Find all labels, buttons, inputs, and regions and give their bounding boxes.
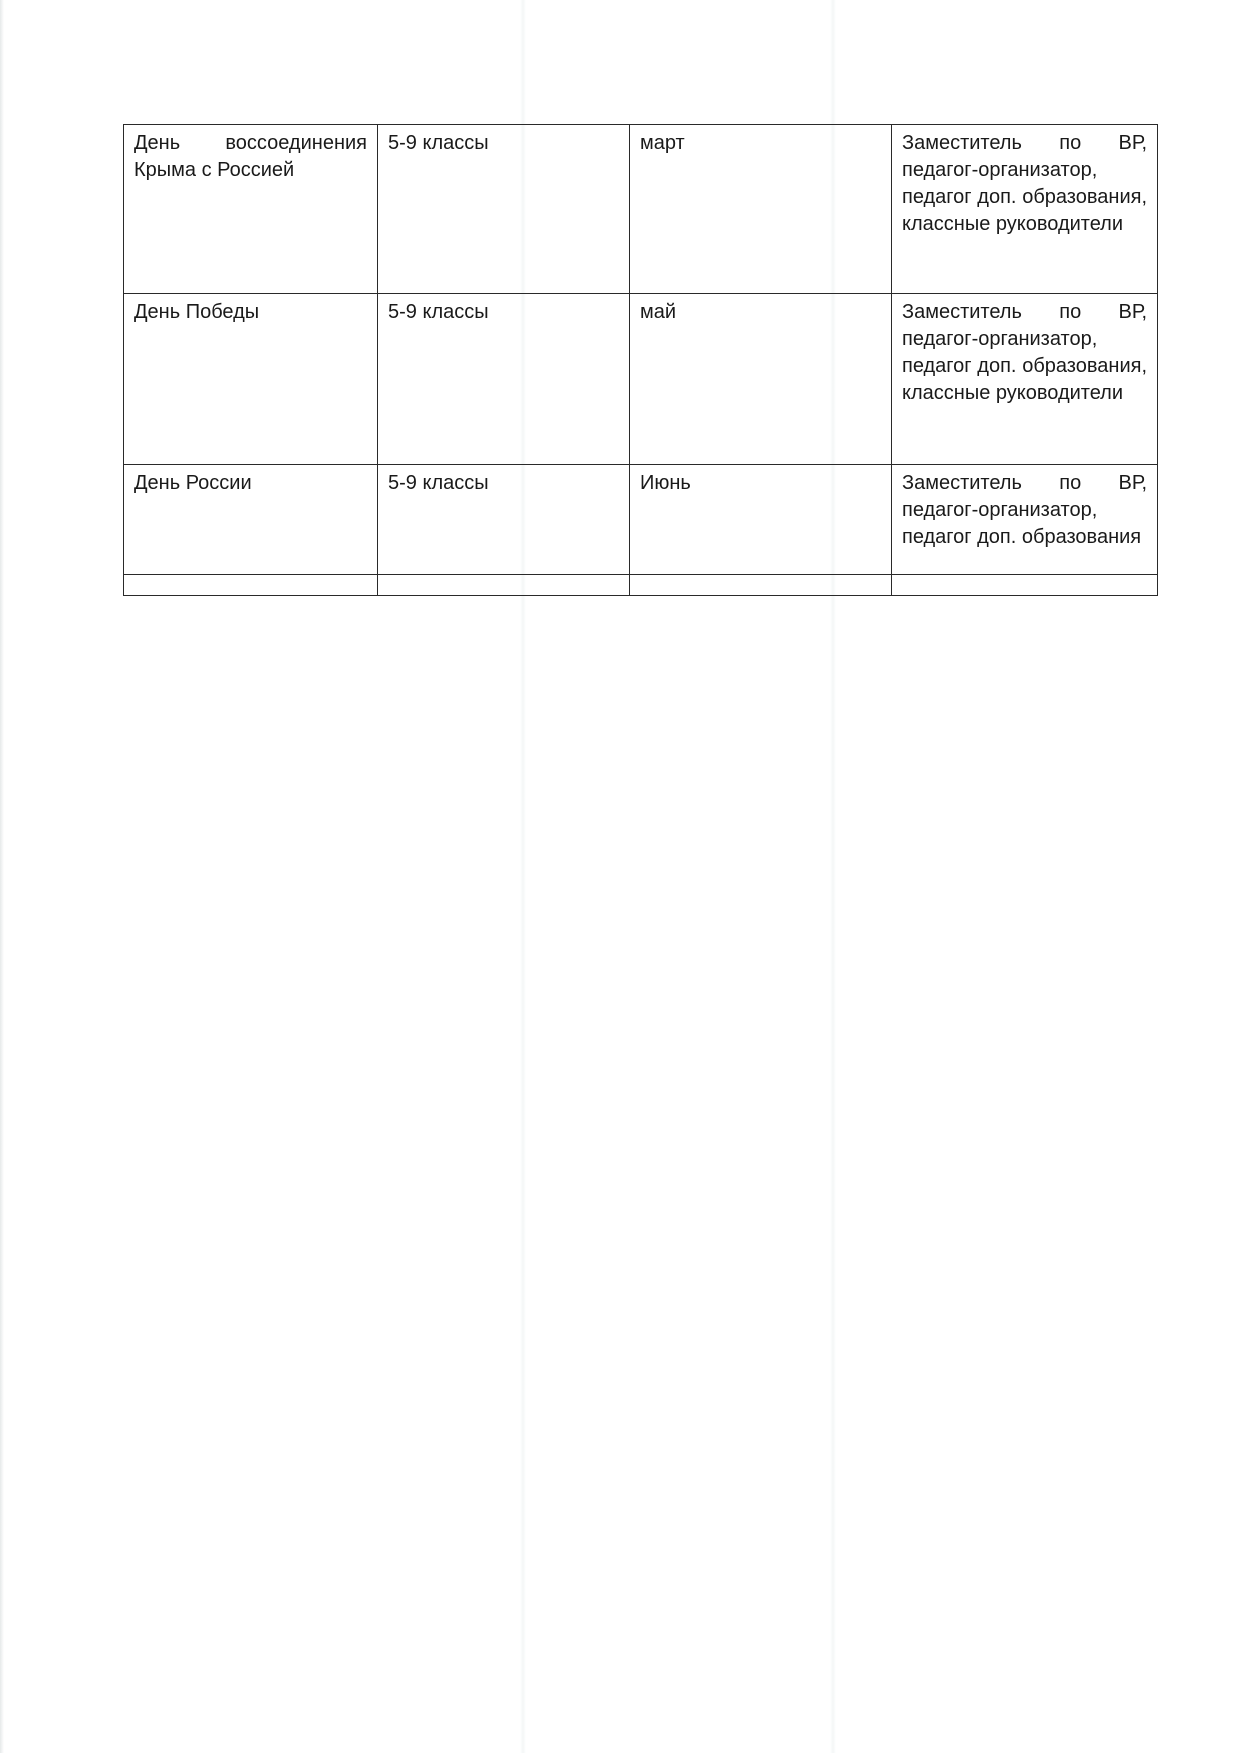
participants-cell: 5-9 классы bbox=[378, 125, 630, 294]
page-edge bbox=[0, 0, 4, 1753]
responsible-cell: Заместитель по ВР, педагог-организатор, … bbox=[892, 465, 1158, 575]
event-cell: День воссоединения Крыма с Россией bbox=[124, 125, 378, 294]
events-table: День воссоединения Крыма с Россией 5-9 к… bbox=[123, 124, 1158, 596]
participants-cell bbox=[378, 575, 630, 596]
table-row: День воссоединения Крыма с Россией 5-9 к… bbox=[124, 125, 1158, 294]
table-row: День Победы 5-9 классы май Заместитель п… bbox=[124, 294, 1158, 465]
date-cell: Июнь bbox=[630, 465, 892, 575]
date-cell bbox=[630, 575, 892, 596]
responsible-cell: Заместитель по ВР, педагог-организатор, … bbox=[892, 294, 1158, 465]
date-cell: март bbox=[630, 125, 892, 294]
event-cell: День России bbox=[124, 465, 378, 575]
table-row-empty bbox=[124, 575, 1158, 596]
responsible-cell: Заместитель по ВР, педагог-организатор, … bbox=[892, 125, 1158, 294]
participants-cell: 5-9 классы bbox=[378, 294, 630, 465]
event-cell: День Победы bbox=[124, 294, 378, 465]
event-cell bbox=[124, 575, 378, 596]
table-row: День России 5-9 классы Июнь Заместитель … bbox=[124, 465, 1158, 575]
responsible-cell bbox=[892, 575, 1158, 596]
participants-cell: 5-9 классы bbox=[378, 465, 630, 575]
date-cell: май bbox=[630, 294, 892, 465]
